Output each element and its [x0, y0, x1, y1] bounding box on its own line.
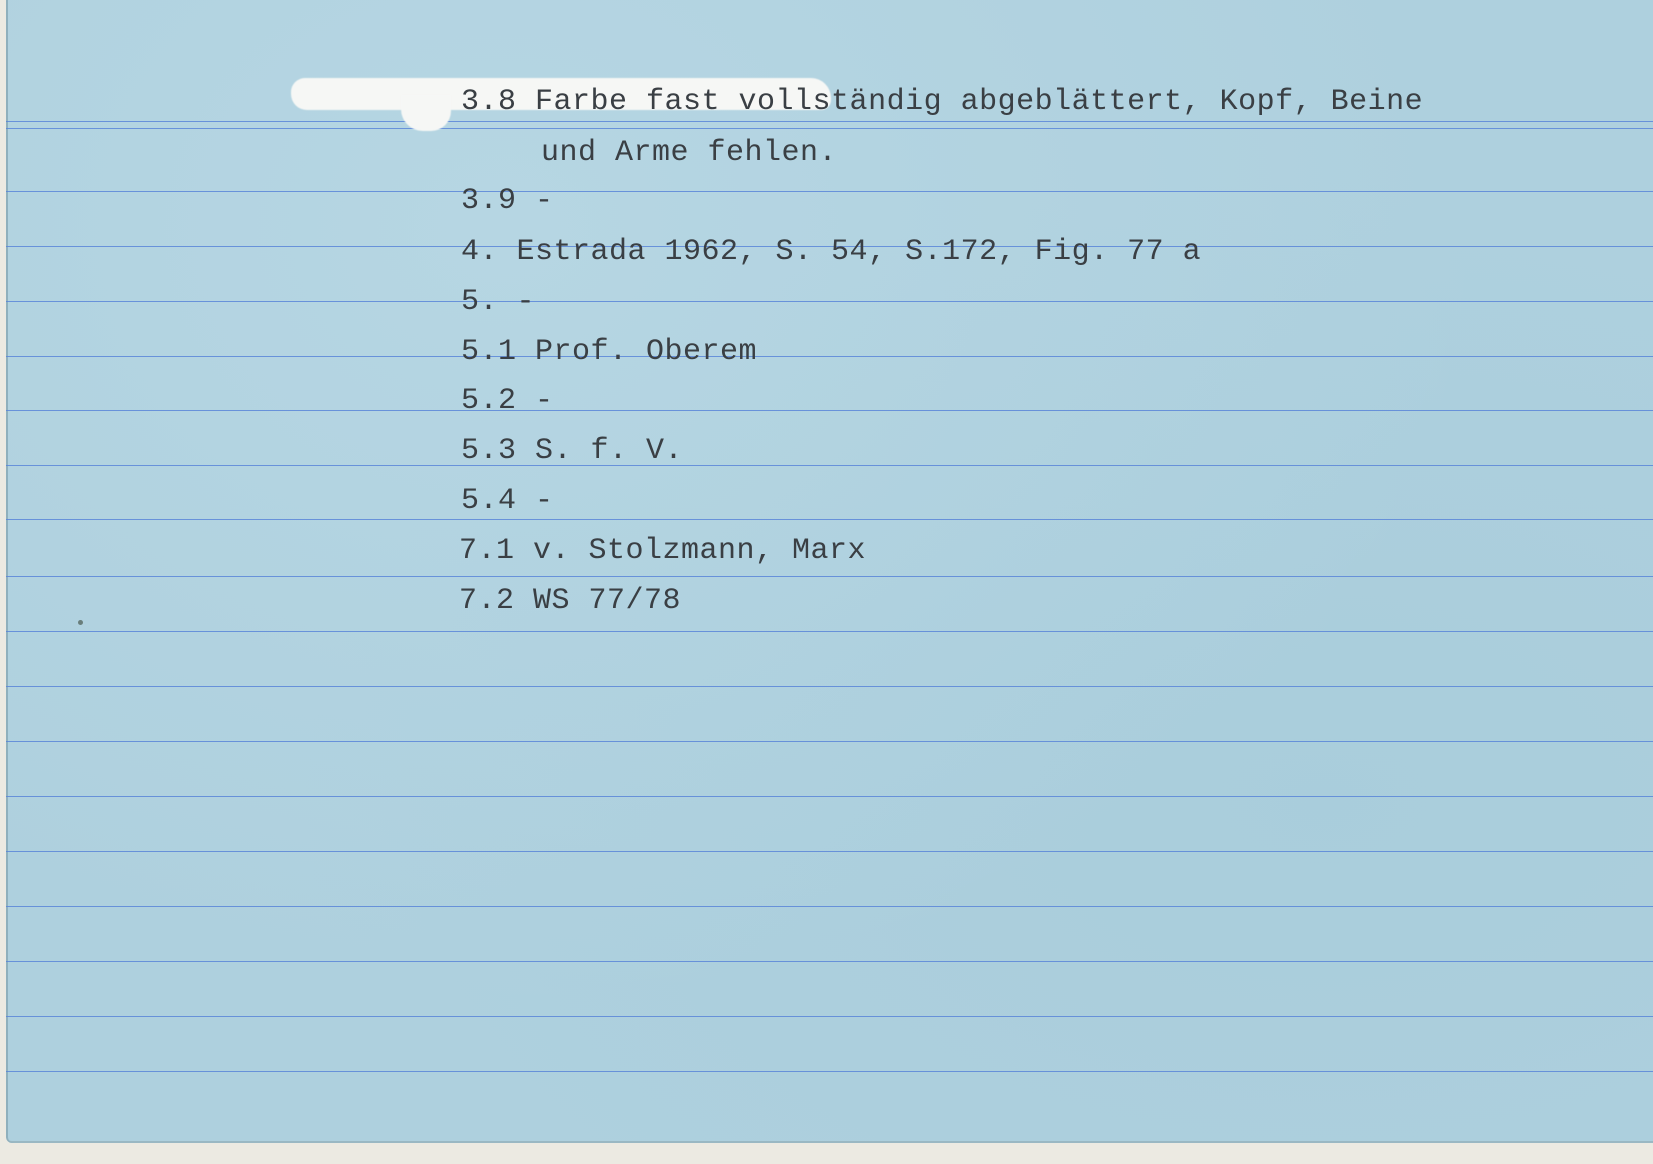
ruled-line-top-2 — [6, 128, 1653, 129]
entry-7-2: 7.2 WS 77/78 — [459, 584, 681, 618]
ruled-line — [6, 301, 1653, 302]
entry-4: 4. Estrada 1962, S. 54, S.172, Fig. 77 a — [461, 235, 1201, 269]
ruled-line-top-1 — [6, 121, 1653, 122]
ruled-line — [6, 1016, 1653, 1017]
index-card: 3.8 Farbe fast vollständig abgeblättert,… — [6, 0, 1653, 1143]
ruled-line — [6, 465, 1653, 466]
entry-3-8: 3.8 Farbe fast vollständig abgeblättert,… — [461, 85, 1423, 119]
paper-speck — [78, 620, 83, 625]
entry-5-2: 5.2 - — [461, 384, 554, 418]
ruled-line — [6, 961, 1653, 962]
ruled-line — [6, 631, 1653, 632]
ruled-line — [6, 851, 1653, 852]
ruled-line — [6, 191, 1653, 192]
ruled-line — [6, 796, 1653, 797]
entry-5: 5. - — [461, 285, 535, 319]
entry-5-1: 5.1 Prof. Oberem — [461, 335, 757, 369]
ruled-line — [6, 686, 1653, 687]
ruled-line — [6, 1071, 1653, 1072]
entry-7-1: 7.1 v. Stolzmann, Marx — [459, 534, 866, 568]
ruled-line — [6, 356, 1653, 357]
ruled-line — [6, 410, 1653, 411]
entry-3-9: 3.9 - — [461, 184, 554, 218]
entry-5-3: 5.3 S. f. V. — [461, 434, 683, 468]
ruled-line — [6, 576, 1653, 577]
entry-5-4: 5.4 - — [461, 484, 554, 518]
ruled-line — [6, 519, 1653, 520]
ruled-line — [6, 906, 1653, 907]
entry-3-8-continuation: und Arme fehlen. — [541, 136, 837, 170]
ruled-line — [6, 741, 1653, 742]
correction-fluid-drip — [401, 95, 451, 131]
